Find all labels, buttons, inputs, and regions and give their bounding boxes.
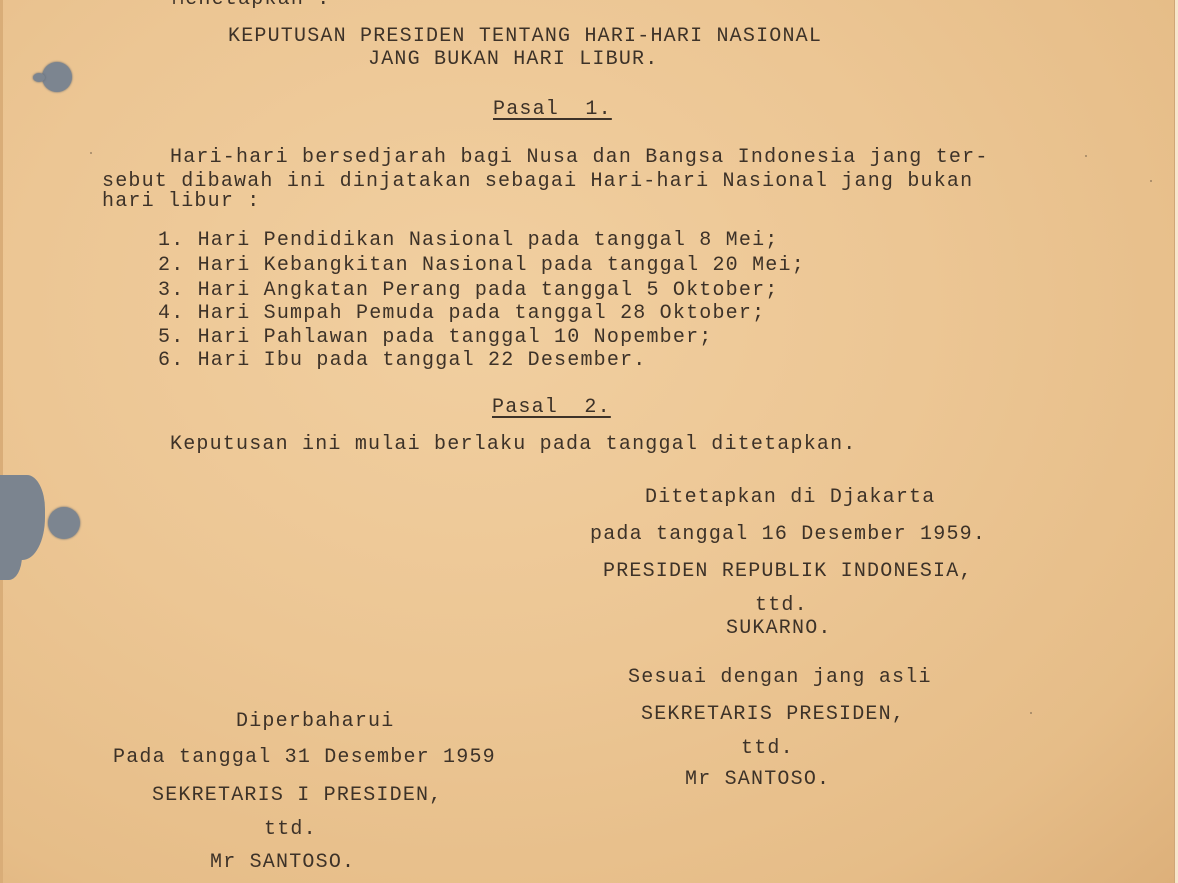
paper-right-edge — [1174, 0, 1178, 883]
speck — [1030, 712, 1032, 714]
updated-office: SEKRETARIS I PRESIDEN, — [152, 784, 442, 808]
holiday-item: 4. Hari Sumpah Pemuda pada tanggal 28 Ok… — [158, 302, 765, 326]
signature-date: pada tanggal 16 Desember 1959. — [590, 523, 986, 547]
pasal-2-body: Keputusan ini mulai berlaku pada tanggal… — [170, 433, 857, 457]
certified-office: SEKRETARIS PRESIDEN, — [641, 703, 905, 727]
speck — [1150, 180, 1152, 182]
updated-ttd: ttd. — [264, 818, 317, 842]
stain-left-lower — [0, 540, 22, 580]
title-line-1: KEPUTUSAN PRESIDEN TENTANG HARI-HARI NAS… — [228, 25, 822, 49]
updated-date: Pada tanggal 31 Desember 1959 — [113, 746, 496, 770]
updated-name: Mr SANTOSO. — [210, 851, 355, 875]
signature-ttd: ttd. — [755, 594, 808, 618]
pasal-1-heading: Pasal 1. — [493, 98, 612, 122]
signature-office: PRESIDEN REPUBLIK INDONESIA, — [603, 560, 973, 584]
punch-hole-middle — [48, 507, 80, 539]
holiday-item: 2. Hari Kebangkitan Nasional pada tangga… — [158, 254, 805, 278]
holiday-item: 3. Hari Angkatan Perang pada tanggal 5 O… — [158, 279, 779, 303]
pasal-1-body-3: hari libur : — [102, 190, 260, 214]
pasal-2-heading: Pasal 2. — [492, 396, 611, 420]
certified-name: Mr SANTOSO. — [685, 768, 830, 792]
paper-left-edge — [0, 0, 3, 883]
title-line-2: JANG BUKAN HARI LIBUR. — [368, 48, 658, 72]
punch-hole-top — [42, 62, 72, 92]
holiday-item: 5. Hari Pahlawan pada tanggal 10 Nopembe… — [158, 326, 712, 350]
certified-note: Sesuai dengan jang asli — [628, 666, 932, 690]
signature-name: SUKARNO. — [726, 617, 832, 641]
pasal-1-body-1: Hari-hari bersedjarah bagi Nusa dan Bang… — [170, 146, 989, 170]
signature-place: Ditetapkan di Djakarta — [645, 486, 935, 510]
updated-label: Diperbaharui — [236, 710, 394, 734]
preamble: Menetapkan : — [172, 0, 330, 12]
speck — [90, 152, 92, 154]
holiday-item: 1. Hari Pendidikan Nasional pada tanggal… — [158, 229, 779, 253]
punch-hole-top-tail — [33, 73, 45, 82]
speck — [1085, 155, 1087, 157]
holiday-item: 6. Hari Ibu pada tanggal 22 Desember. — [158, 349, 646, 373]
certified-ttd: ttd. — [741, 737, 794, 761]
